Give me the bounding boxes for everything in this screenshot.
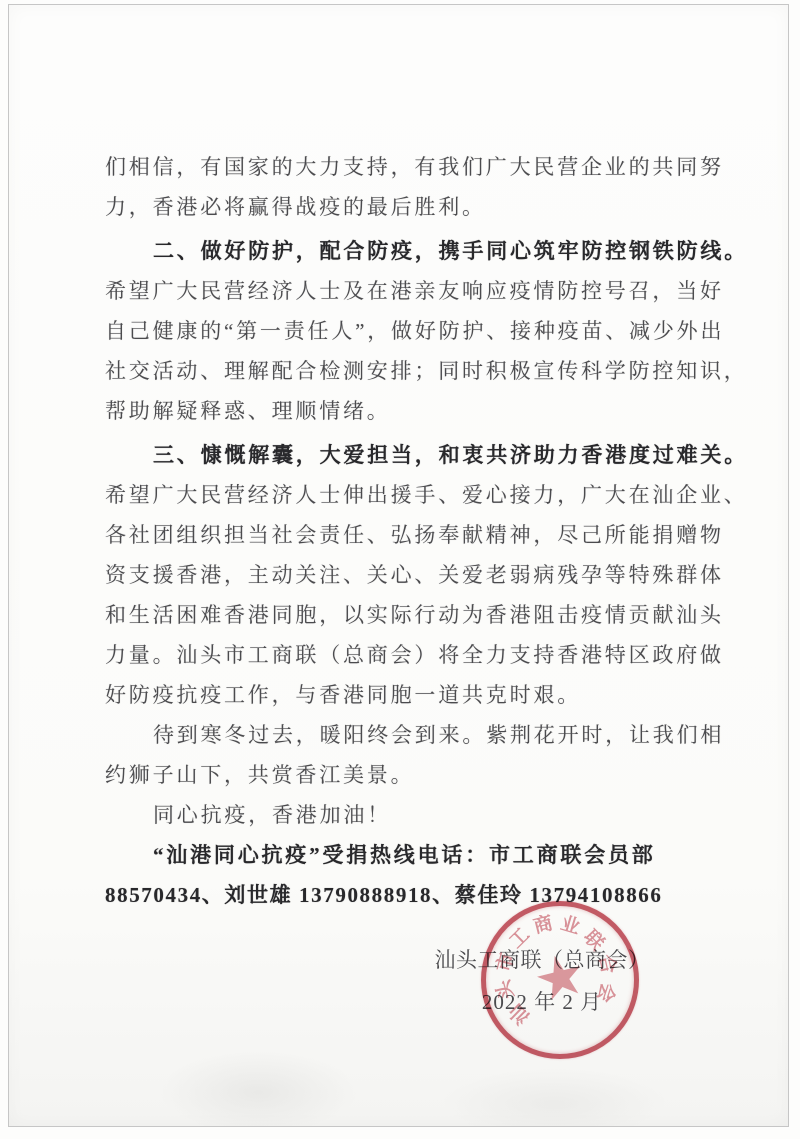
- text-line: 力量。汕头市工商联（总商会）将全力支持香港特区政府做: [105, 635, 735, 675]
- hotline-numbers: 88570434、刘世雄 13790888918、蔡佳玲 13794108866: [105, 875, 735, 915]
- text-line: 资支援香港，主动关注、关心、关爱老弱病残孕等特殊群体: [105, 555, 735, 595]
- text-line: 好防疫抗疫工作，与香港同胞一道共克时艰。: [105, 675, 735, 715]
- document-page: 们相信，有国家的大力支持，有我们广大民营企业的共同努 力，香港必将赢得战疫的最后…: [8, 4, 789, 1127]
- hotline-heading: “汕港同心抗疫”受捐热线电话：市工商联会员部: [105, 835, 735, 875]
- signature-block: 汕头工商联（总商会） 2022 年 2 月: [417, 943, 667, 1019]
- section-heading-2: 二、做好防护，配合防疫，携手同心筑牢防控钢铁防线。: [105, 231, 735, 271]
- signature-date: 2022 年 2 月: [417, 985, 667, 1019]
- text-line: 社交活动、理解配合检测安排；同时积极宣传科学防控知识，: [105, 351, 735, 391]
- text-line: 和生活困难香港同胞，以实际行动为香港阻击疫情贡献汕头: [105, 595, 735, 635]
- text-line: 帮助解疑释惑、理顺情绪。: [105, 391, 735, 431]
- text-line: 各社团组织担当社会责任、弘扬奉献精神，尽己所能捐赠物: [105, 515, 735, 555]
- text-line: 希望广大民营经济人士及在港亲友响应疫情防控号召，当好: [105, 271, 735, 311]
- text-line: 力，香港必将赢得战疫的最后胜利。: [105, 187, 735, 227]
- text-line: 们相信，有国家的大力支持，有我们广大民营企业的共同努: [105, 147, 735, 187]
- letter-body: 们相信，有国家的大力支持，有我们广大民营企业的共同努 力，香港必将赢得战疫的最后…: [105, 147, 735, 915]
- text-line: 希望广大民营经济人士伸出援手、爱心接力，广大在汕企业、: [105, 475, 735, 515]
- signature-organization: 汕头工商联（总商会）: [417, 943, 667, 977]
- text-line: 待到寒冬过去，暖阳终会到来。紫荆花开时，让我们相: [105, 715, 735, 755]
- photographed-document: 们相信，有国家的大力支持，有我们广大民营企业的共同努 力，香港必将赢得战疫的最后…: [0, 0, 800, 1139]
- text-line: 约狮子山下，共赏香江美景。: [105, 755, 735, 795]
- section-heading-3: 三、慷慨解囊，大爱担当，和衷共济助力香港度过难关。: [105, 435, 735, 475]
- slogan-line: 同心抗疫，香港加油！: [105, 795, 735, 835]
- text-line: 自己健康的“第一责任人”，做好防护、接种疫苗、减少外出: [105, 311, 735, 351]
